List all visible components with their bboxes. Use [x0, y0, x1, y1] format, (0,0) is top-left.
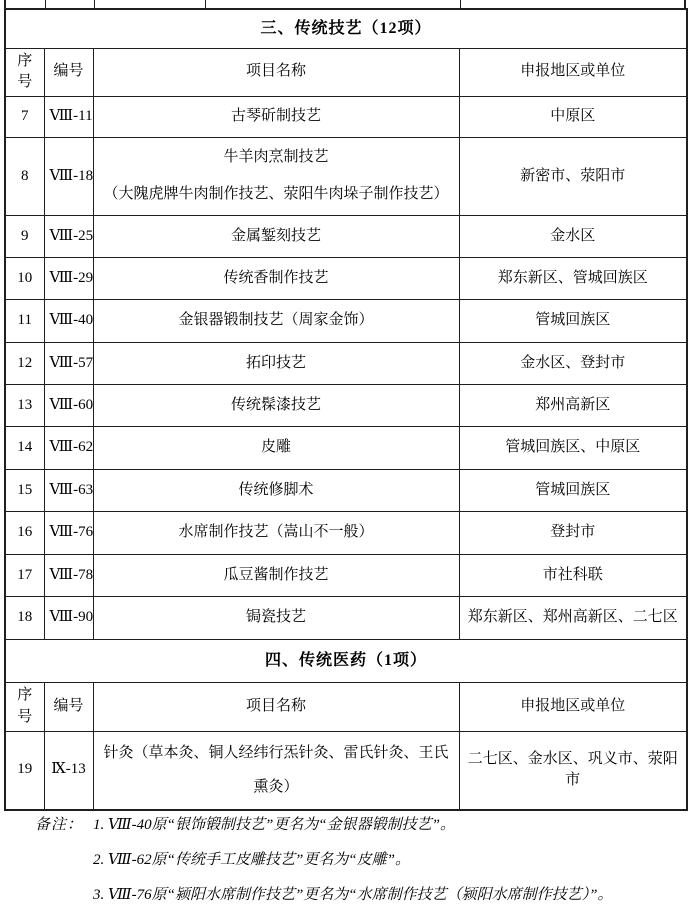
seq-cell: 13 [5, 385, 44, 427]
project-name: 传统修脚术 [99, 480, 454, 502]
note-text: 2. Ⅷ-62原“传统手工皮雕技艺”更名为“皮雕”。 [93, 848, 685, 869]
name-cell: 锔瓷技艺 [93, 597, 459, 640]
section-3-title-row: 三、传统技艺（12项） [5, 9, 687, 48]
note-line: 3. Ⅷ-76原“颍阳水席制作技艺”更名为“水席制作技艺（颍阳水席制作技艺）”。 [35, 876, 685, 911]
table-row: 13 Ⅷ-60 传统髹漆技艺 郑州高新区 [5, 385, 687, 427]
code-cell: Ⅷ-25 [44, 216, 93, 258]
partial-row-divider [205, 0, 206, 8]
region-cell: 管城回族区 [459, 300, 687, 343]
region-cell: 管城回族区 [459, 470, 687, 512]
section-3-header-row: 序号 编号 项目名称 申报地区或单位 [5, 48, 687, 97]
notes-label: 备注： [35, 813, 93, 834]
table-row: 19 Ⅸ-13 针灸（草本灸、铜人经纬行炁针灸、雷氏针灸、王氏熏灸） 二七区、金… [5, 731, 687, 810]
project-subname: （大隗虎牌牛肉制作技艺、荥阳牛肉垛子制作技艺） [99, 184, 454, 206]
note-text: 1. Ⅷ-40原“银饰锻制技艺”更名为“金银器锻制技艺”。 [93, 813, 685, 834]
name-cell: 传统香制作技艺 [93, 258, 459, 300]
name-cell: 皮雕 [93, 427, 459, 470]
code-cell: Ⅷ-29 [44, 258, 93, 300]
seq-cell: 19 [5, 731, 44, 810]
table-row: 11 Ⅷ-40 金银器锻制技艺（周家金饰） 管城回族区 [5, 300, 687, 343]
seq-cell: 16 [5, 512, 44, 555]
region-cell: 郑州高新区 [459, 385, 687, 427]
name-cell: 传统髹漆技艺 [93, 385, 459, 427]
project-name: 锔瓷技艺 [99, 607, 454, 629]
partial-previous-row [4, 0, 686, 8]
code-cell: Ⅷ-18 [44, 138, 93, 216]
seq-cell: 17 [5, 555, 44, 597]
project-name: 金银器锻制技艺（周家金饰） [99, 310, 454, 332]
project-name: 传统髹漆技艺 [99, 395, 454, 417]
note-line: 2. Ⅷ-62原“传统手工皮雕技艺”更名为“皮雕”。 [35, 841, 685, 876]
name-cell: 传统修脚术 [93, 470, 459, 512]
seq-cell: 15 [5, 470, 44, 512]
project-name: 瓜豆酱制作技艺 [99, 565, 454, 587]
table-row: 18 Ⅷ-90 锔瓷技艺 郑东新区、郑州高新区、二七区 [5, 597, 687, 640]
name-cell: 古琴斫制技艺 [93, 97, 459, 138]
code-cell: Ⅸ-13 [44, 731, 93, 810]
name-cell: 金银器锻制技艺（周家金饰） [93, 300, 459, 343]
name-cell: 针灸（草本灸、铜人经纬行炁针灸、雷氏针灸、王氏熏灸） [93, 731, 459, 810]
code-cell: Ⅷ-78 [44, 555, 93, 597]
document-page: { "sections": [ { "title": "三、传统技艺（12项）"… [0, 0, 695, 913]
code-cell: Ⅷ-11 [44, 97, 93, 138]
region-cell: 管城回族区、中原区 [459, 427, 687, 470]
project-name: 金属錾刻技艺 [99, 226, 454, 248]
project-name: 拓印技艺 [99, 353, 454, 375]
project-name: 针灸（草本灸、铜人经纬行炁针灸、雷氏针灸、王氏熏灸） [99, 736, 454, 805]
col-header-seq: 序号 [5, 683, 44, 732]
code-cell: Ⅷ-60 [44, 385, 93, 427]
table-row: 16 Ⅷ-76 水席制作技艺（嵩山不一般） 登封市 [5, 512, 687, 555]
region-cell: 新密市、荥阳市 [459, 138, 687, 216]
seq-cell: 14 [5, 427, 44, 470]
partial-row-divider [45, 0, 46, 8]
region-cell: 市社科联 [459, 555, 687, 597]
table-row: 14 Ⅷ-62 皮雕 管城回族区、中原区 [5, 427, 687, 470]
section-4-title-row: 四、传统医药（1项） [5, 640, 687, 683]
heritage-items-table: 三、传统技艺（12项） 序号 编号 项目名称 申报地区或单位 7 Ⅷ-11 古琴… [4, 8, 688, 811]
note-text: 3. Ⅷ-76原“颍阳水席制作技艺”更名为“水席制作技艺（颍阳水席制作技艺）”。 [93, 883, 685, 904]
code-cell: Ⅷ-57 [44, 343, 93, 385]
seq-cell: 11 [5, 300, 44, 343]
col-header-region: 申报地区或单位 [459, 683, 687, 732]
project-name: 水席制作技艺（嵩山不一般） [99, 522, 454, 544]
partial-row-divider [460, 0, 461, 8]
col-header-code: 编号 [44, 683, 93, 732]
region-cell: 登封市 [459, 512, 687, 555]
code-cell: Ⅷ-62 [44, 427, 93, 470]
table-row: 17 Ⅷ-78 瓜豆酱制作技艺 市社科联 [5, 555, 687, 597]
col-header-seq: 序号 [5, 48, 44, 97]
name-cell: 瓜豆酱制作技艺 [93, 555, 459, 597]
code-cell: Ⅷ-40 [44, 300, 93, 343]
name-cell: 拓印技艺 [93, 343, 459, 385]
code-cell: Ⅷ-76 [44, 512, 93, 555]
project-name: 传统香制作技艺 [99, 268, 454, 290]
col-header-region: 申报地区或单位 [459, 48, 687, 97]
table-row: 10 Ⅷ-29 传统香制作技艺 郑东新区、管城回族区 [5, 258, 687, 300]
region-cell: 郑东新区、郑州高新区、二七区 [459, 597, 687, 640]
col-header-code: 编号 [44, 48, 93, 97]
table-row: 8 Ⅷ-18 牛羊肉烹制技艺（大隗虎牌牛肉制作技艺、荥阳牛肉垛子制作技艺） 新密… [5, 138, 687, 216]
seq-cell: 18 [5, 597, 44, 640]
section-3-title: 三、传统技艺（12项） [5, 9, 687, 48]
region-cell: 中原区 [459, 97, 687, 138]
project-name: 古琴斫制技艺 [99, 106, 454, 128]
footnotes: 备注： 1. Ⅷ-40原“银饰锻制技艺”更名为“金银器锻制技艺”。 2. Ⅷ-6… [35, 806, 685, 911]
section-4-header-row: 序号 编号 项目名称 申报地区或单位 [5, 683, 687, 732]
code-cell: Ⅷ-63 [44, 470, 93, 512]
name-cell: 金属錾刻技艺 [93, 216, 459, 258]
project-name: 牛羊肉烹制技艺 [99, 147, 454, 169]
project-name: 皮雕 [99, 437, 454, 459]
name-cell: 牛羊肉烹制技艺（大隗虎牌牛肉制作技艺、荥阳牛肉垛子制作技艺） [93, 138, 459, 216]
section-4-title: 四、传统医药（1项） [5, 640, 687, 683]
col-header-name: 项目名称 [93, 683, 459, 732]
region-cell: 郑东新区、管城回族区 [459, 258, 687, 300]
partial-row-divider [94, 0, 95, 8]
table-row: 15 Ⅷ-63 传统修脚术 管城回族区 [5, 470, 687, 512]
seq-cell: 12 [5, 343, 44, 385]
table-row: 7 Ⅷ-11 古琴斫制技艺 中原区 [5, 97, 687, 138]
seq-cell: 7 [5, 97, 44, 138]
table-row: 12 Ⅷ-57 拓印技艺 金水区、登封市 [5, 343, 687, 385]
seq-cell: 10 [5, 258, 44, 300]
code-cell: Ⅷ-90 [44, 597, 93, 640]
name-cell: 水席制作技艺（嵩山不一般） [93, 512, 459, 555]
seq-cell: 9 [5, 216, 44, 258]
table-row: 9 Ⅷ-25 金属錾刻技艺 金水区 [5, 216, 687, 258]
seq-cell: 8 [5, 138, 44, 216]
note-line: 备注： 1. Ⅷ-40原“银饰锻制技艺”更名为“金银器锻制技艺”。 [35, 806, 685, 841]
region-cell: 金水区 [459, 216, 687, 258]
col-header-name: 项目名称 [93, 48, 459, 97]
region-cell: 金水区、登封市 [459, 343, 687, 385]
region-cell: 二七区、金水区、巩义市、荥阳市 [459, 731, 687, 810]
